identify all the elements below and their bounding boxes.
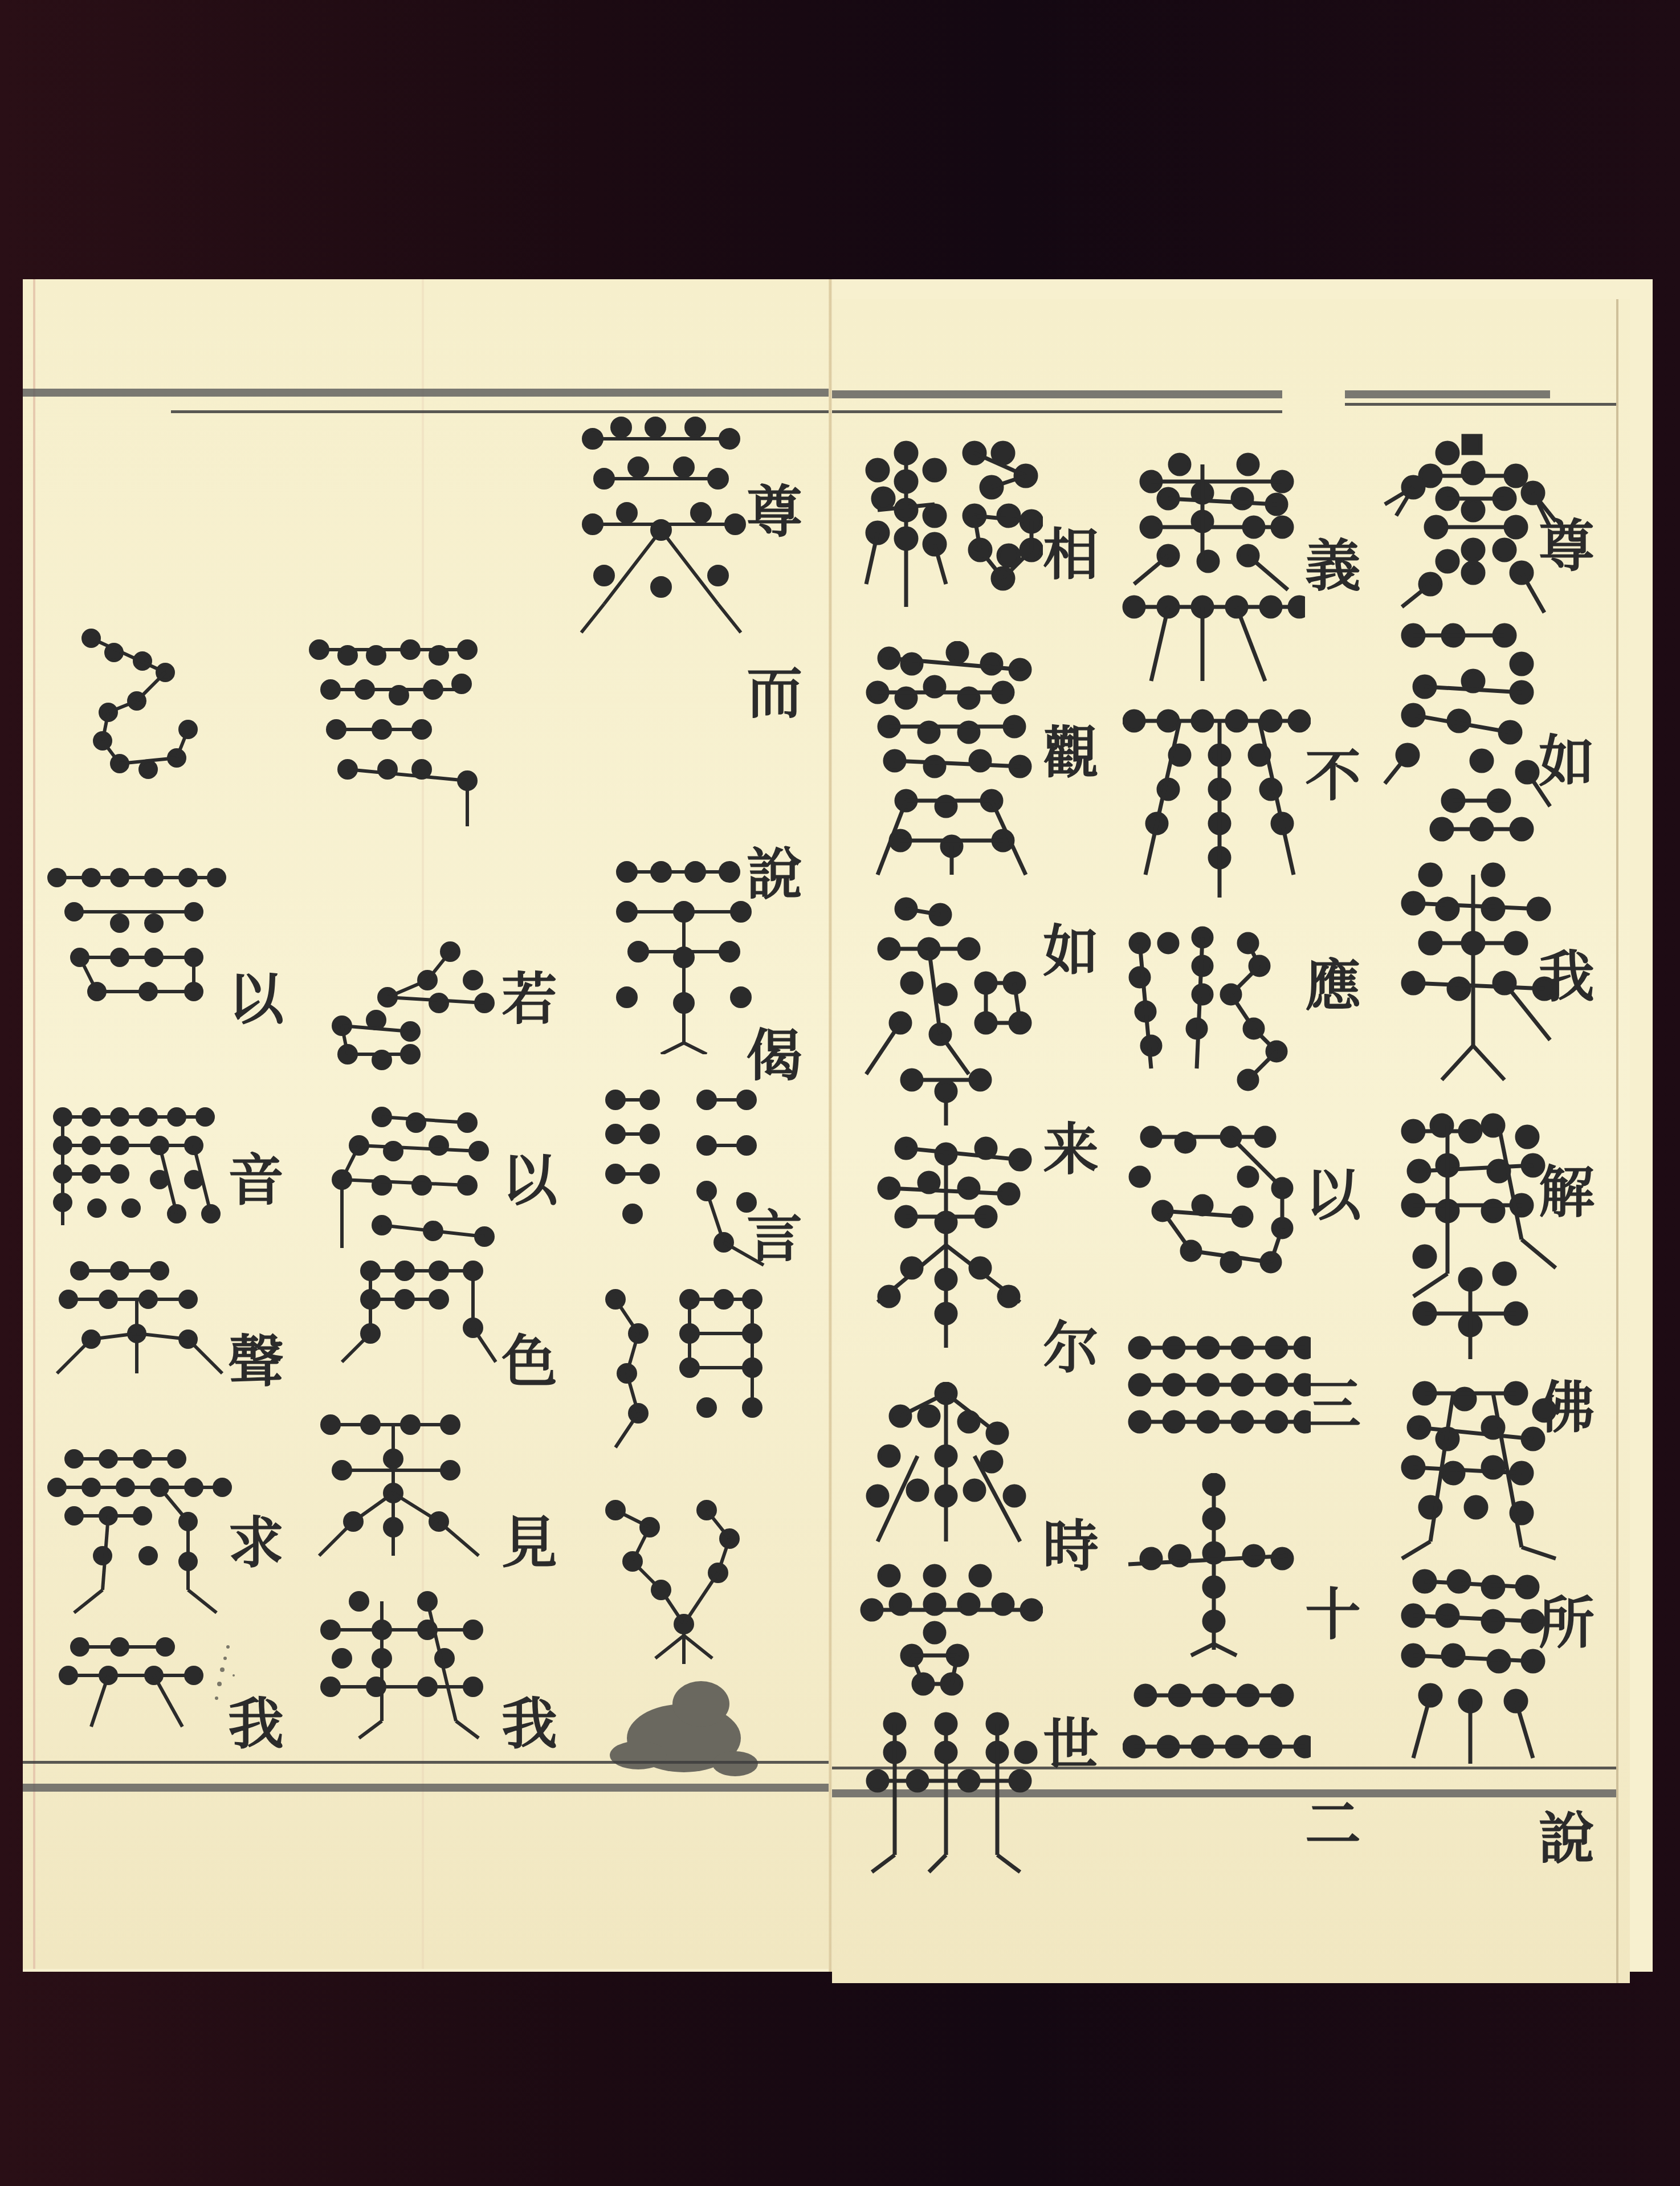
small-char: 十 [1305, 1587, 1361, 1643]
bead-char-sheng [319, 1100, 507, 1373]
top-border-thin [832, 410, 1282, 413]
small-char: 而 [747, 666, 802, 721]
small-char: 聲 [228, 1334, 284, 1390]
small-char: 求 [228, 1515, 284, 1571]
small-char: 音 [228, 1153, 284, 1209]
bead-char-er [1123, 1673, 1311, 1775]
bead-char-wo [1379, 858, 1567, 1108]
top-border-thick [832, 390, 1282, 398]
faded-seal-stamp [604, 1670, 764, 1784]
bead-char-lai [855, 1131, 1043, 1371]
small-char: 應 [1305, 958, 1361, 1014]
small-char: 相 [1043, 527, 1099, 583]
bead-char-ji [593, 1276, 781, 1465]
bead-char-yi-r4 [1117, 447, 1305, 687]
small-char: 時 [1043, 1519, 1099, 1575]
small-char: 色 [501, 1334, 557, 1390]
small-char: 二 [1305, 1797, 1361, 1853]
small-char: 若 [501, 972, 557, 1027]
small-char: 說 [1539, 1811, 1595, 1867]
bead-char-qiu-l6 [46, 1442, 234, 1738]
small-text-column-l5: 以 音 聲 求 我 [228, 972, 284, 1752]
bead-char-yi [593, 849, 781, 1054]
small-text-column-r5: 相 觀 如 来 尔 時 世 [1043, 527, 1099, 1773]
bead-char-shuo [593, 1077, 781, 1271]
bead-char-yi-l6 [46, 627, 234, 866]
left-page-edge [33, 279, 35, 1969]
small-char: 義 [1305, 539, 1361, 594]
top-border-thick [23, 389, 832, 397]
bead-char-xiang [855, 436, 1043, 624]
bead-char-yi-r4b [1117, 1120, 1305, 1314]
small-char: 来 [1043, 1122, 1099, 1178]
bead-char-guan [855, 641, 1043, 880]
bead-char-shi [1117, 1473, 1305, 1661]
top-border-thick-right [1345, 390, 1550, 398]
bead-char-fo [1379, 1376, 1567, 1564]
right-page-edge [1616, 299, 1618, 1983]
small-char: 觀 [1043, 725, 1099, 781]
small-char: 見 [501, 1515, 557, 1571]
bead-char-ruo [570, 416, 758, 638]
small-char: 以 [501, 1153, 557, 1209]
bead-char-yin-l6 [46, 860, 234, 1100]
bead-char-er-r6 [855, 1382, 1043, 1559]
small-char: 三 [1305, 1377, 1361, 1433]
bead-char-suo [1379, 1564, 1567, 1775]
right-page: 尊 如 我 解 佛 所 說 [832, 299, 1630, 1983]
small-char: 如 [1043, 924, 1099, 980]
bead-char-yi-l4 [302, 633, 490, 838]
bead-char-ying [1117, 920, 1305, 1108]
small-char: 世 [1043, 1717, 1099, 1773]
bead-char-zun [1379, 430, 1567, 618]
bead-char-yan [581, 1487, 769, 1670]
small-char: 我 [501, 1696, 557, 1752]
open-book-spread: 尊 而 說 偈 言 [23, 279, 1653, 1972]
bead-char-qiu [308, 1408, 496, 1579]
small-char: 尔 [1043, 1320, 1099, 1376]
bead-char-ru-r6 [855, 892, 1043, 1131]
top-border-thin-right [1345, 403, 1618, 406]
bead-char-ru [1379, 618, 1567, 846]
bead-char-yin [319, 935, 507, 1083]
bead-char-bu [1123, 704, 1311, 915]
top-border-thin [171, 410, 832, 413]
bead-char-sheng-l6 [46, 1100, 234, 1419]
small-char: 不 [1305, 748, 1361, 804]
bead-char-wo-l4 [308, 1584, 496, 1744]
bottom-border-thick [23, 1784, 832, 1792]
bead-char-jie [1379, 1108, 1567, 1371]
left-page: 尊 而 說 偈 言 [23, 279, 832, 1969]
bead-char-shi-world [855, 1707, 1043, 1878]
small-char: 以 [1305, 1168, 1361, 1223]
small-text-column-l3: 若 以 色 見 我 [501, 972, 557, 1752]
bead-char-shi-time [855, 1559, 1043, 1718]
small-char: 以 [228, 972, 284, 1027]
small-text-column-r3: 義 不 應 以 三 十 二 [1305, 539, 1361, 1853]
ink-smudge [211, 1641, 245, 1710]
bead-char-san [1123, 1331, 1311, 1445]
